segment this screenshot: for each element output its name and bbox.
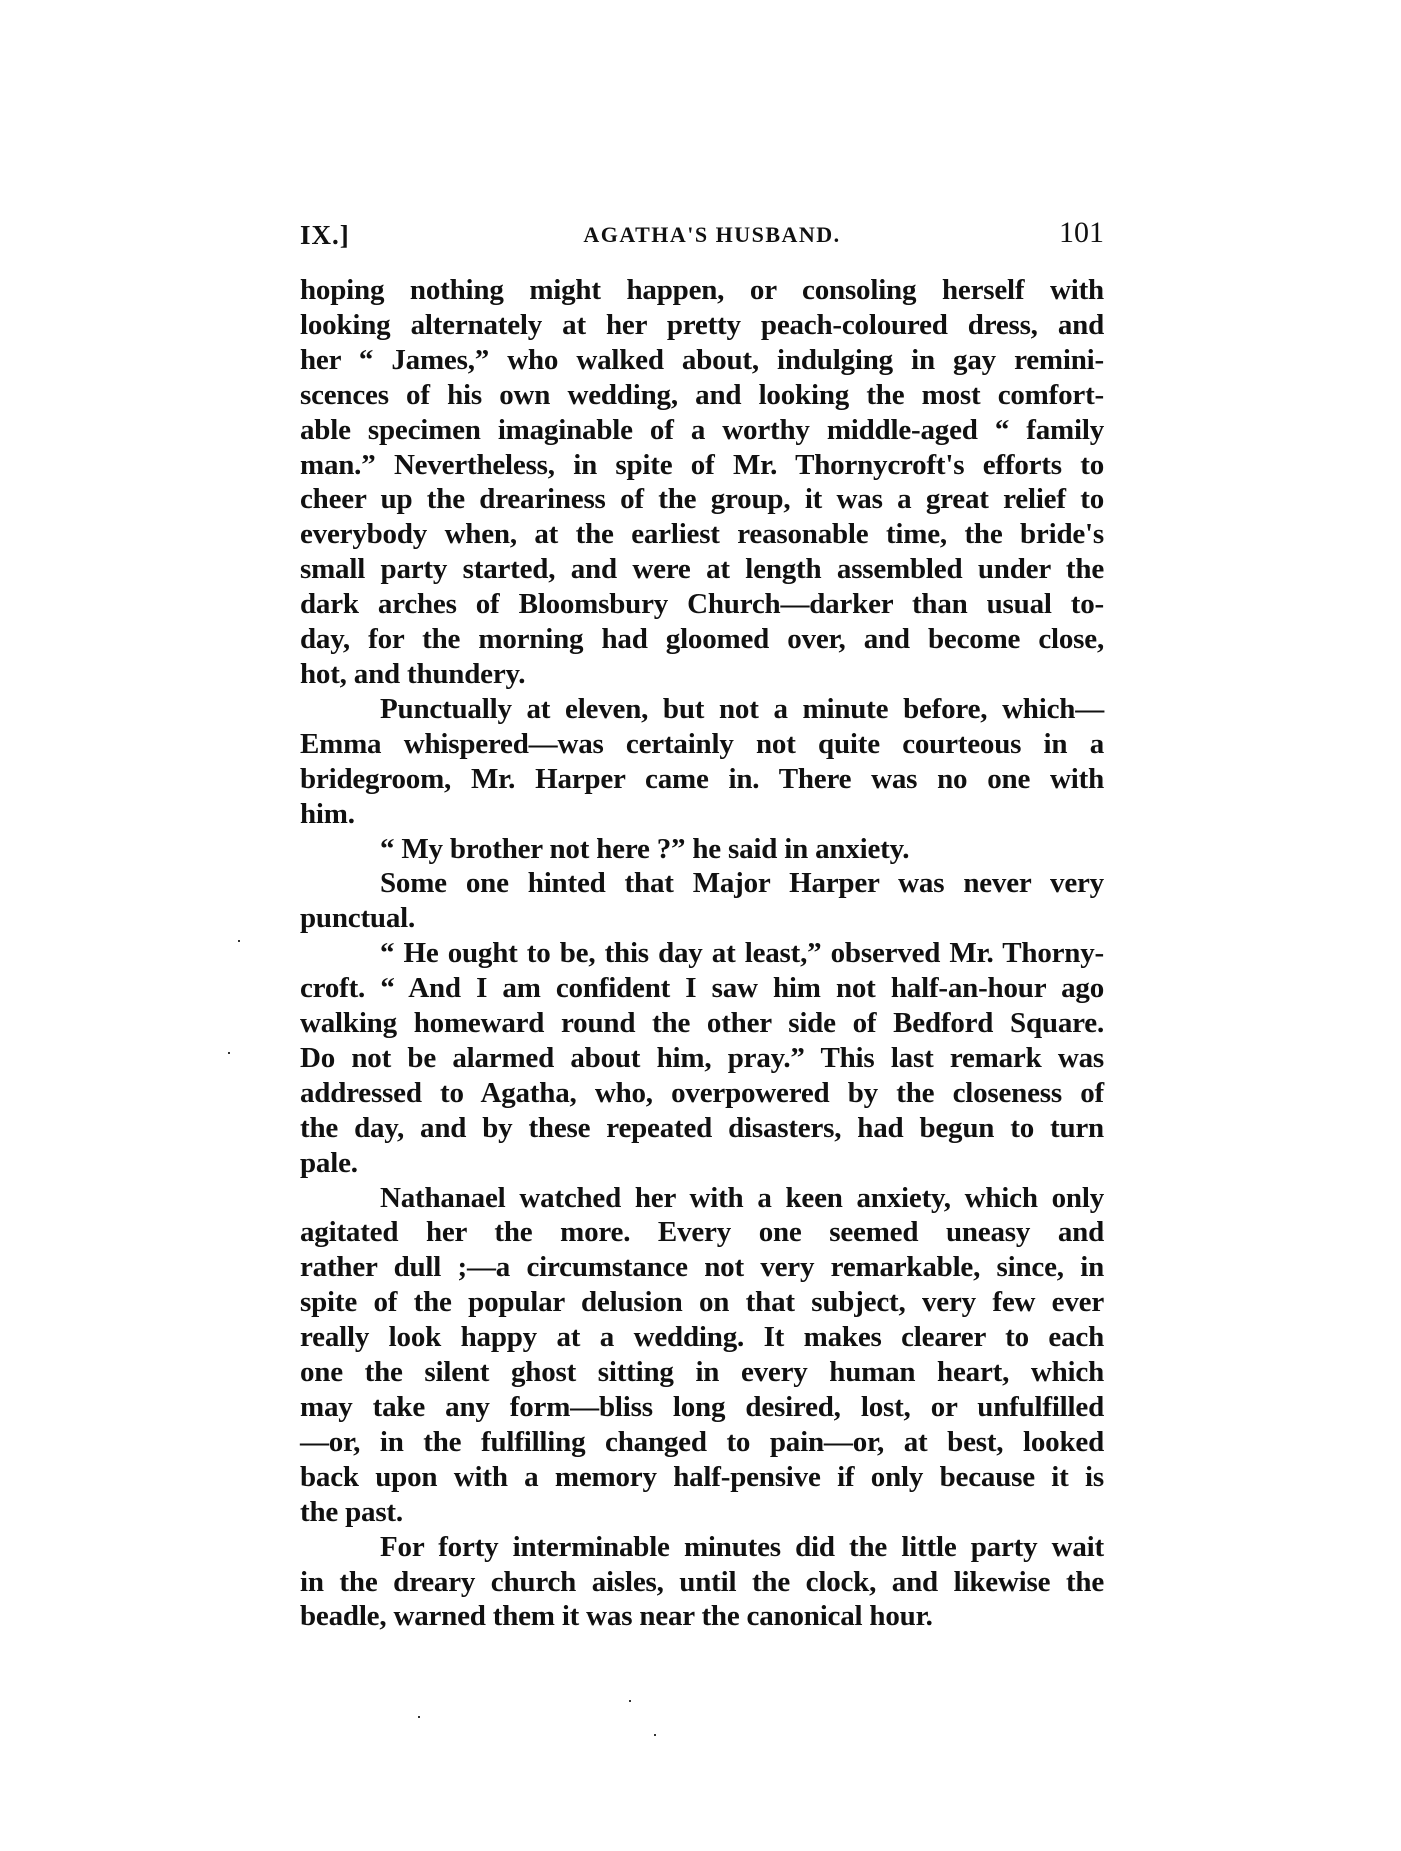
text-line: back upon with a memory half-pensive if …	[300, 1460, 1104, 1495]
text-line: in the dreary church aisles, until the c…	[300, 1565, 1104, 1600]
text-line: “ My brother not here ?” he said in anxi…	[300, 832, 1104, 867]
paragraph: “ My brother not here ?” he said in anxi…	[300, 832, 1104, 867]
scan-speck	[629, 1700, 631, 1702]
paragraph: hoping nothing might happen, or consolin…	[300, 273, 1104, 692]
text-line: Punctually at eleven, but not a minute b…	[300, 692, 1104, 727]
text-line: spite of the popular delusion on that su…	[300, 1285, 1104, 1320]
book-page: IX.] AGATHA'S HUSBAND. 101 hoping nothin…	[300, 214, 1104, 1634]
text-line: Do not be alarmed about him, pray.” This…	[300, 1041, 1104, 1076]
paragraph: Punctually at eleven, but not a minute b…	[300, 692, 1104, 832]
text-line: agitated her the more. Every one seemed …	[300, 1215, 1104, 1250]
scan-speck	[418, 1716, 420, 1718]
text-line: Nathanael watched her with a keen anxiet…	[300, 1181, 1104, 1216]
paragraph: For forty interminable minutes did the l…	[300, 1530, 1104, 1635]
paragraph: Nathanael watched her with a keen anxiet…	[300, 1181, 1104, 1530]
text-line: hoping nothing might happen, or consolin…	[300, 273, 1104, 308]
text-line: addressed to Agatha, who, overpowered by…	[300, 1076, 1104, 1111]
text-line: For forty interminable minutes did the l…	[300, 1530, 1104, 1565]
page-number: 101	[1059, 212, 1104, 254]
text-line: pale.	[300, 1146, 1104, 1181]
text-line: him.	[300, 797, 1104, 832]
text-line: may take any form—bliss long desired, lo…	[300, 1390, 1104, 1425]
text-line: day, for the morning had gloomed over, a…	[300, 622, 1104, 657]
scan-speck	[654, 1734, 656, 1736]
text-line: really look happy at a wedding. It makes…	[300, 1320, 1104, 1355]
paragraph: “ He ought to be, this day at least,” ob…	[300, 936, 1104, 1180]
text-line: able specimen imaginable of a worthy mid…	[300, 413, 1104, 448]
text-line: —or, in the fulfilling changed to pain—o…	[300, 1425, 1104, 1460]
text-line: croft. “ And I am confident I saw him no…	[300, 971, 1104, 1006]
text-line: small party started, and were at length …	[300, 552, 1104, 587]
scan-speck	[228, 1052, 230, 1054]
text-line: beadle, warned them it was near the cano…	[300, 1599, 1104, 1634]
text-line: hot, and thundery.	[300, 657, 1104, 692]
text-line: looking alternately at her pretty peach-…	[300, 308, 1104, 343]
text-line: her “ James,” who walked about, indulgin…	[300, 343, 1104, 378]
body-text: hoping nothing might happen, or consolin…	[300, 273, 1104, 1634]
text-line: scences of his own wedding, and looking …	[300, 378, 1104, 413]
scan-speck	[238, 940, 240, 942]
text-line: rather dull ;—a circumstance not very re…	[300, 1250, 1104, 1285]
book-title: AGATHA'S HUSBAND.	[300, 214, 1104, 256]
text-line: “ He ought to be, this day at least,” ob…	[300, 936, 1104, 971]
text-line: the day, and by these repeated disasters…	[300, 1111, 1104, 1146]
text-line: one the silent ghost sitting in every hu…	[300, 1355, 1104, 1390]
text-line: man.” Nevertheless, in spite of Mr. Thor…	[300, 448, 1104, 483]
paragraph: Some one hinted that Major Harper was ne…	[300, 866, 1104, 936]
text-line: dark arches of Bloomsbury Church—darker …	[300, 587, 1104, 622]
text-line: the past.	[300, 1495, 1104, 1530]
text-line: Emma whispered—was certainly not quite c…	[300, 727, 1104, 762]
text-line: walking homeward round the other side of…	[300, 1006, 1104, 1041]
text-line: cheer up the dreariness of the group, it…	[300, 482, 1104, 517]
text-line: bridegroom, Mr. Harper came in. There wa…	[300, 762, 1104, 797]
text-line: everybody when, at the earliest reasonab…	[300, 517, 1104, 552]
running-head: IX.] AGATHA'S HUSBAND. 101	[300, 214, 1104, 256]
text-line: Some one hinted that Major Harper was ne…	[300, 866, 1104, 901]
text-line: punctual.	[300, 901, 1104, 936]
